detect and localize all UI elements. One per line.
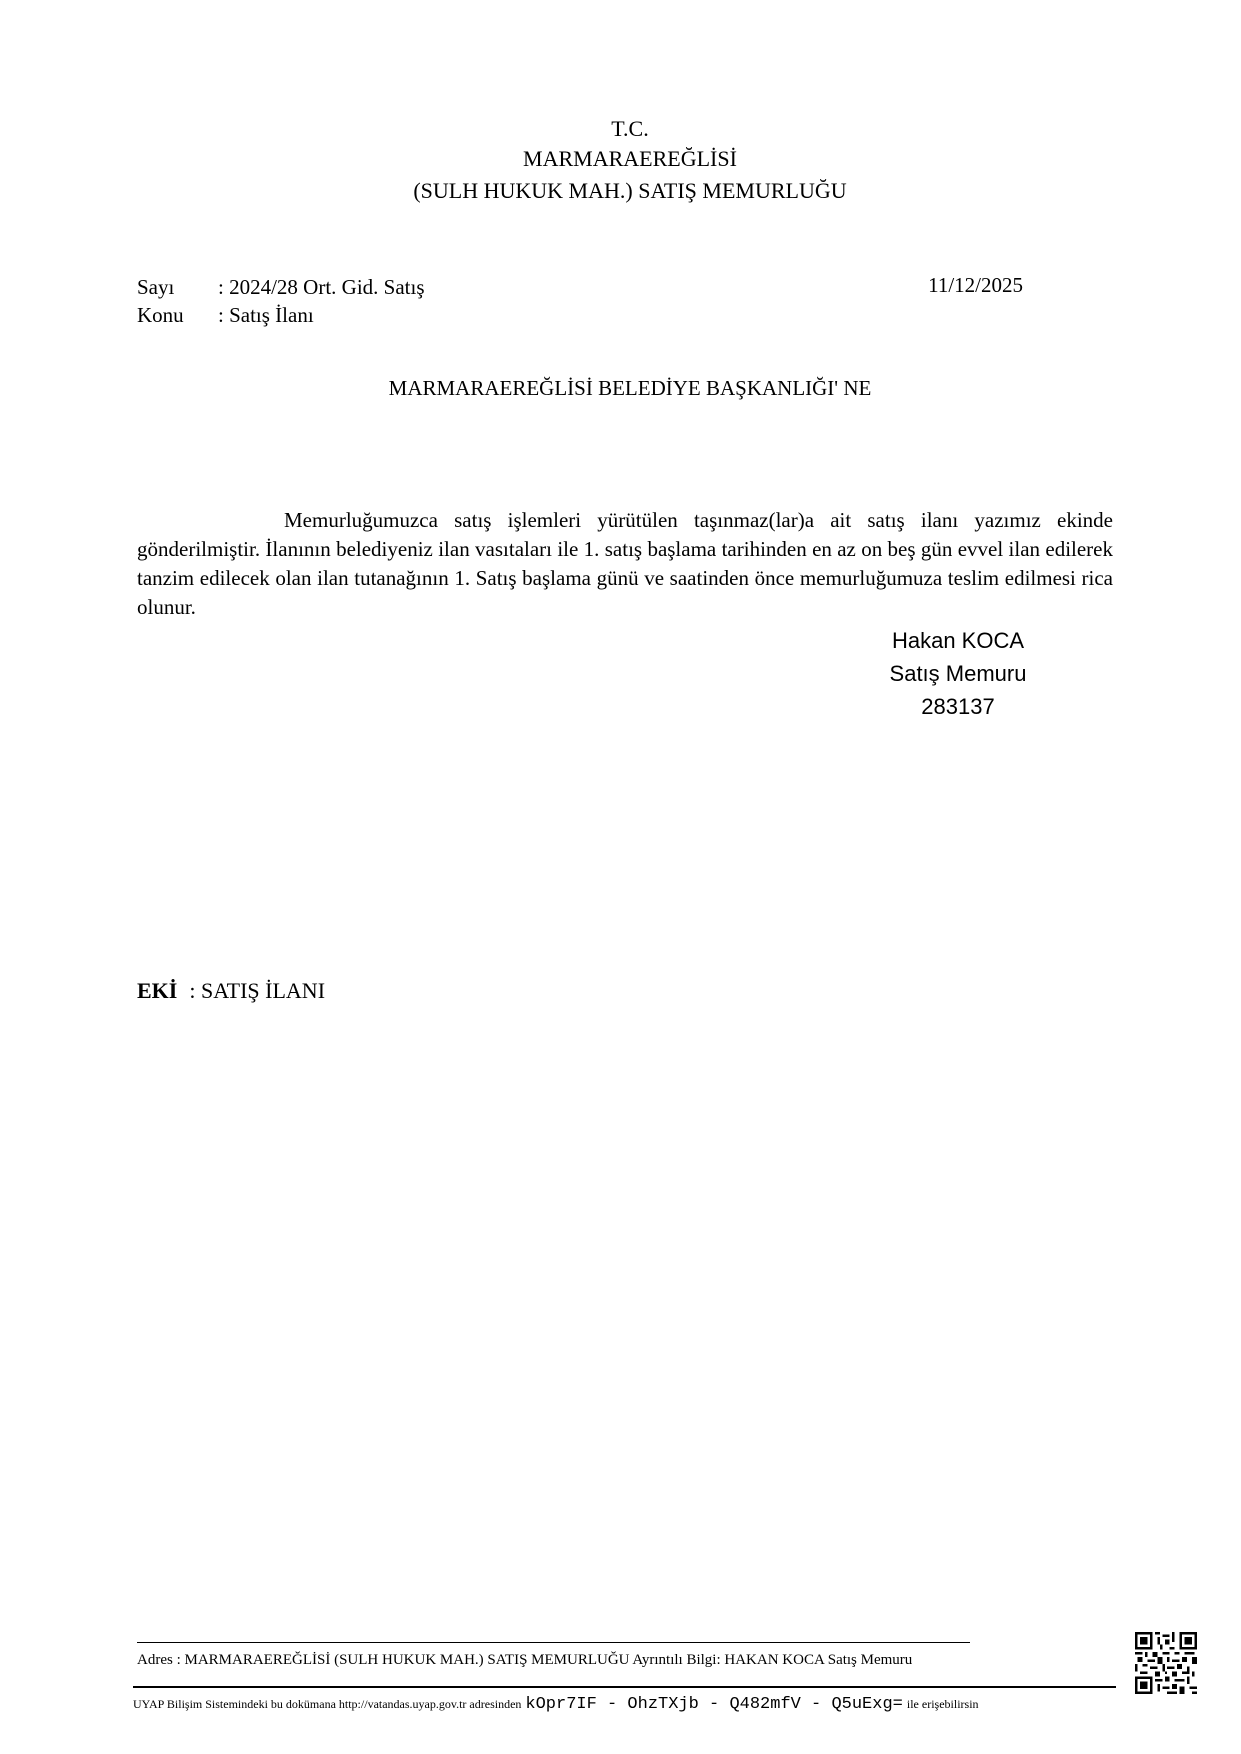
konu-value: : Satış İlanı: [218, 301, 314, 329]
footer-divider-thick: [133, 1686, 1116, 1688]
uyap-suffix: ile erişebilirsin: [907, 1697, 979, 1711]
document-date: 11/12/2025: [928, 273, 1023, 298]
attachment-line: EKİ: SATIŞ İLANI: [137, 978, 325, 1004]
footer-divider: [137, 1642, 970, 1643]
signer-title: Satış Memuru: [838, 657, 1078, 690]
signer-id: 283137: [838, 690, 1078, 723]
addressee: MARMARAEREĞLİSİ BELEDİYE BAŞKANLIĞI' NE: [0, 376, 1241, 401]
sayi-label: Sayı: [137, 273, 174, 301]
access-code: kOpr7IF - OhzTXjb - Q482mfV - Q5uExg=: [525, 1695, 902, 1714]
sayi-value: : 2024/28 Ort. Gid. Satış: [218, 273, 425, 301]
footer-uyap-line: UYAP Bilişim Sistemindeki bu dokümana ht…: [133, 1695, 979, 1714]
header-office: (SULH HUKUK MAH.) SATIŞ MEMURLUĞU: [0, 176, 1241, 206]
body-text: Memurluğumuzca satış işlemleri yürütülen…: [137, 508, 1113, 619]
header-tc: T.C.: [0, 114, 1241, 144]
header-city: MARMARAEREĞLİSİ: [0, 144, 1241, 174]
attachment-label: EKİ: [137, 978, 177, 1003]
signer-name: Hakan KOCA: [838, 624, 1078, 657]
body-paragraph: Memurluğumuzca satış işlemleri yürütülen…: [137, 506, 1113, 622]
qr-code-icon: [1135, 1632, 1197, 1694]
konu-label: Konu: [137, 301, 184, 329]
uyap-prefix: UYAP Bilişim Sistemindeki bu dokümana ht…: [133, 1697, 521, 1711]
footer-address: Adres : MARMARAEREĞLİSİ (SULH HUKUK MAH.…: [137, 1652, 912, 1669]
attachment-value: : SATIŞ İLANI: [189, 978, 325, 1003]
